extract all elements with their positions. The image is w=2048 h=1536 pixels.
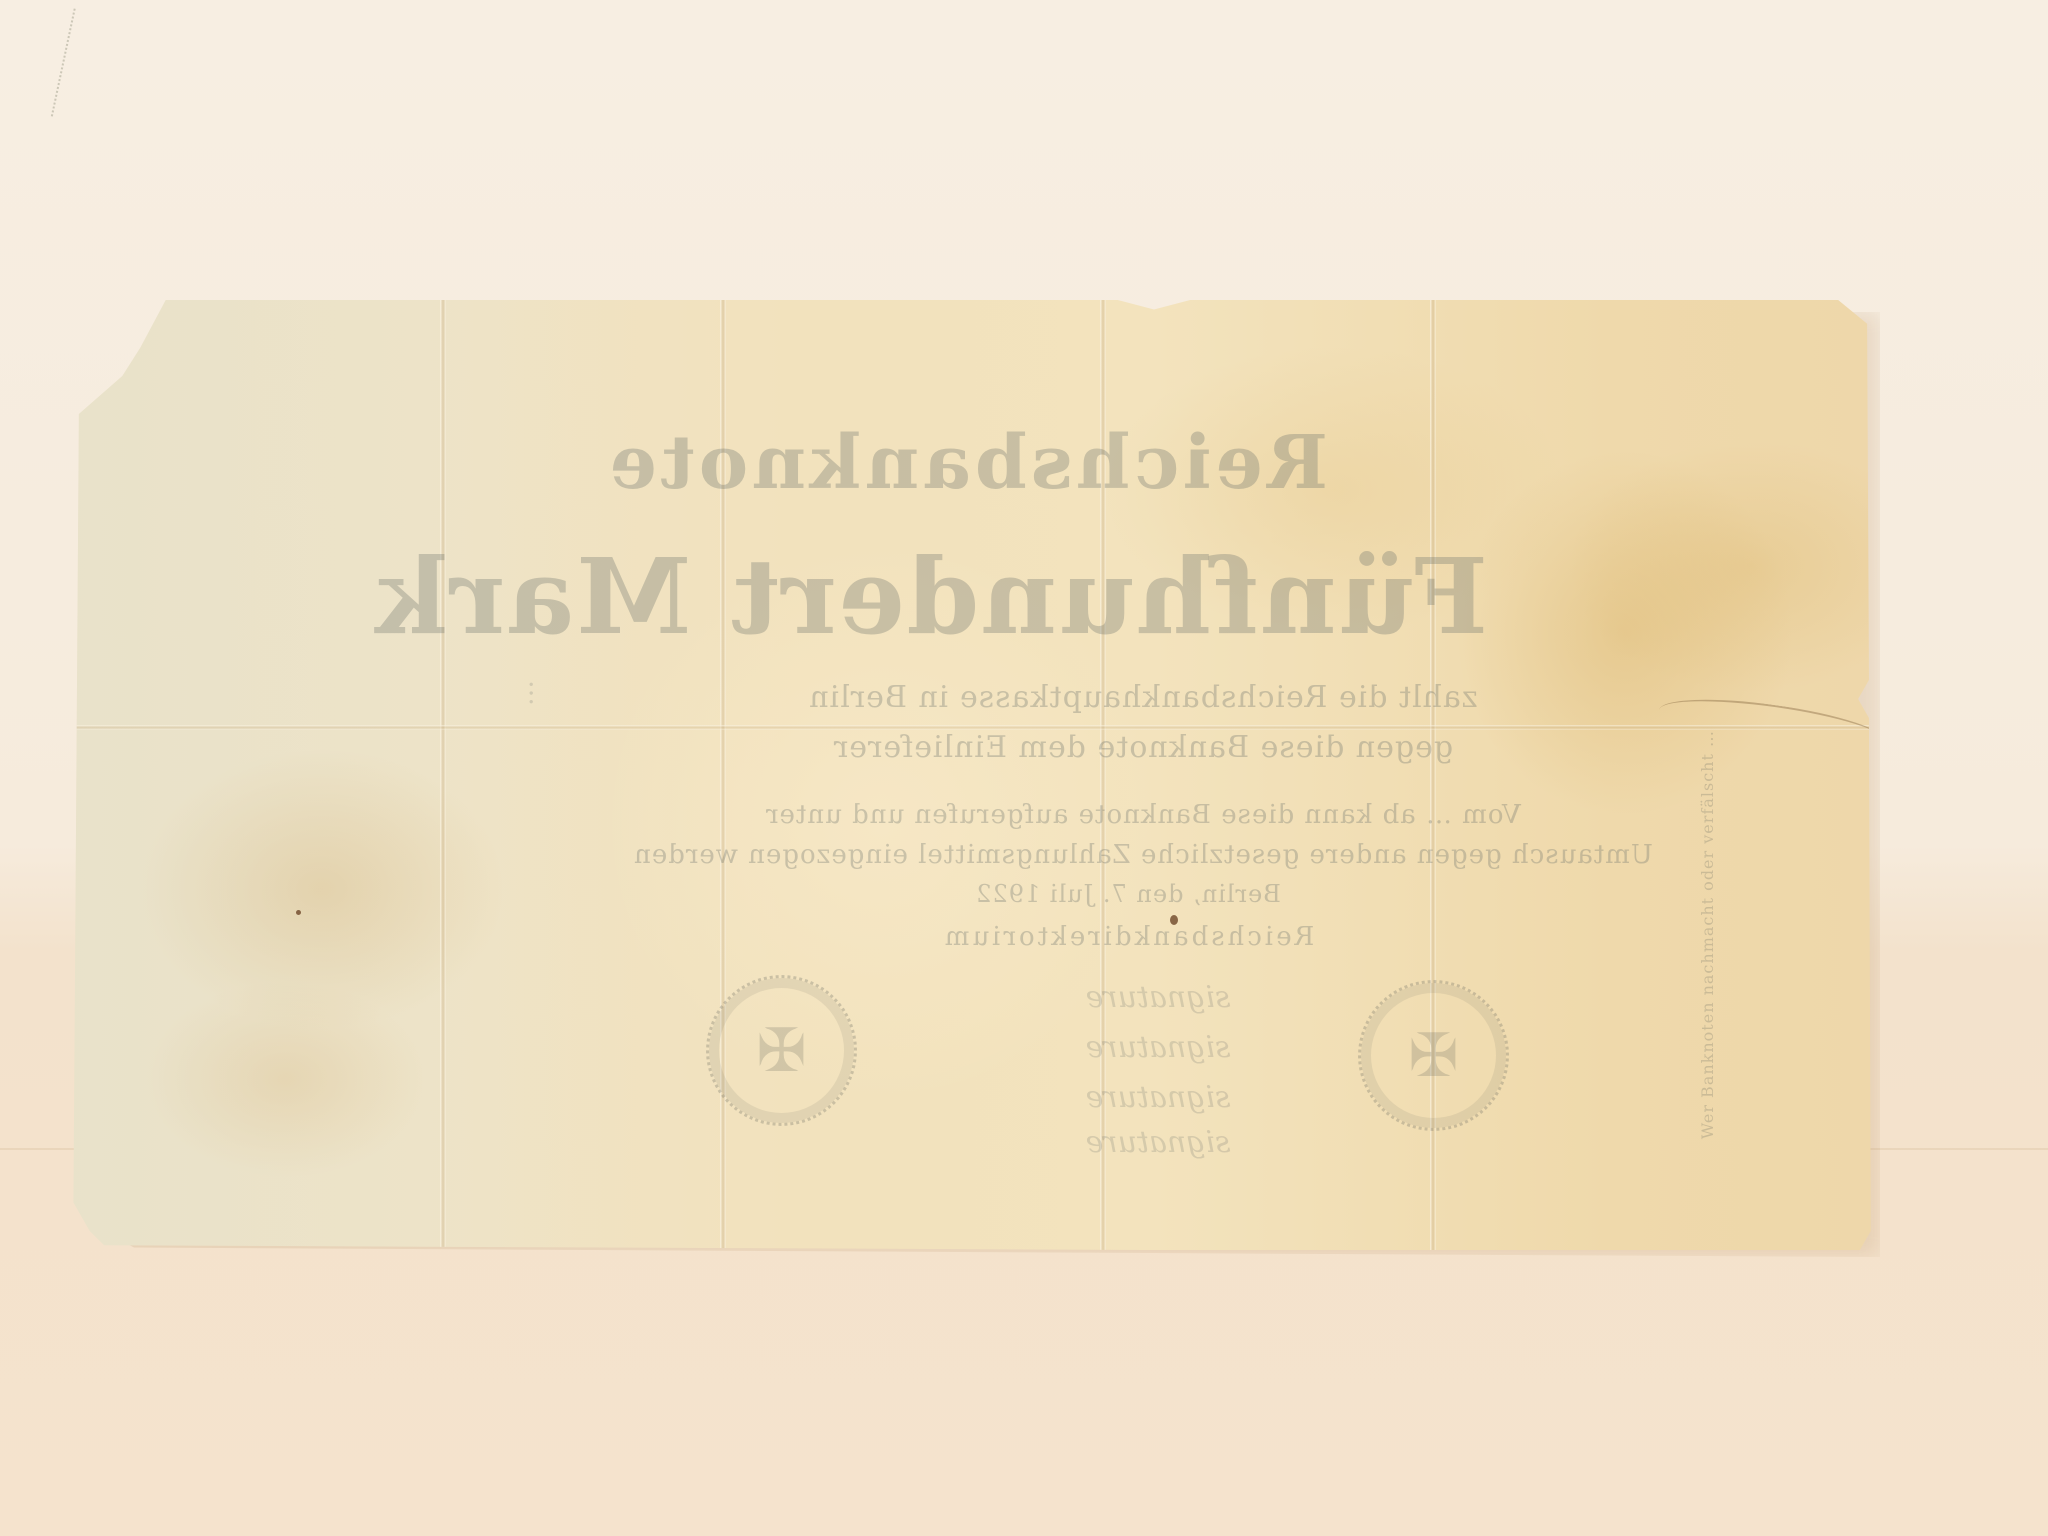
pencil-mark (51, 8, 99, 121)
show-through-body-4: Umtausch gegen andere gesetzliche Zahlun… (568, 840, 1718, 870)
show-through-serial: … (523, 680, 553, 706)
left-panel (68, 300, 608, 1250)
show-through-issuer: Reichsbankdirektorium (828, 922, 1428, 952)
ink-spot (1170, 915, 1178, 925)
banknote: Reichsbanknote Fünfhundert Mark zahlt di… (68, 300, 1878, 1250)
ink-spot (296, 910, 301, 915)
show-through-body-3: Vom … ab kann diese Banknote aufgerufen … (568, 800, 1718, 830)
signature: signature (948, 1080, 1368, 1115)
fold-line (440, 300, 446, 1250)
eagle-seal-left: ✠ (706, 975, 857, 1126)
tear (1656, 689, 1890, 763)
eagle-icon: ✠ (756, 1016, 806, 1086)
show-through-body-2: gegen diese Banknote dem Einlieferer (708, 730, 1578, 765)
show-through-place-date: Berlin, den 7. Juli 1922 (848, 880, 1408, 908)
show-through-side-text: Wer Banknoten nachmacht oder verfälscht … (1698, 730, 1758, 1139)
signature: signature (948, 1030, 1368, 1065)
show-through-body-1: zahlt die Reichsbankhauptkasse in Berlin (708, 680, 1578, 715)
show-through-title-1: Reichsbanknote (628, 420, 1328, 506)
eagle-seal-right: ✠ (1358, 980, 1509, 1131)
photo-background: Reichsbanknote Fünfhundert Mark zahlt di… (0, 0, 2048, 1536)
signature: signature (948, 1125, 1368, 1160)
signature: signature (948, 980, 1368, 1015)
show-through-title-2: Fünfhundert Mark (488, 535, 1488, 658)
eagle-icon: ✠ (1408, 1021, 1458, 1091)
